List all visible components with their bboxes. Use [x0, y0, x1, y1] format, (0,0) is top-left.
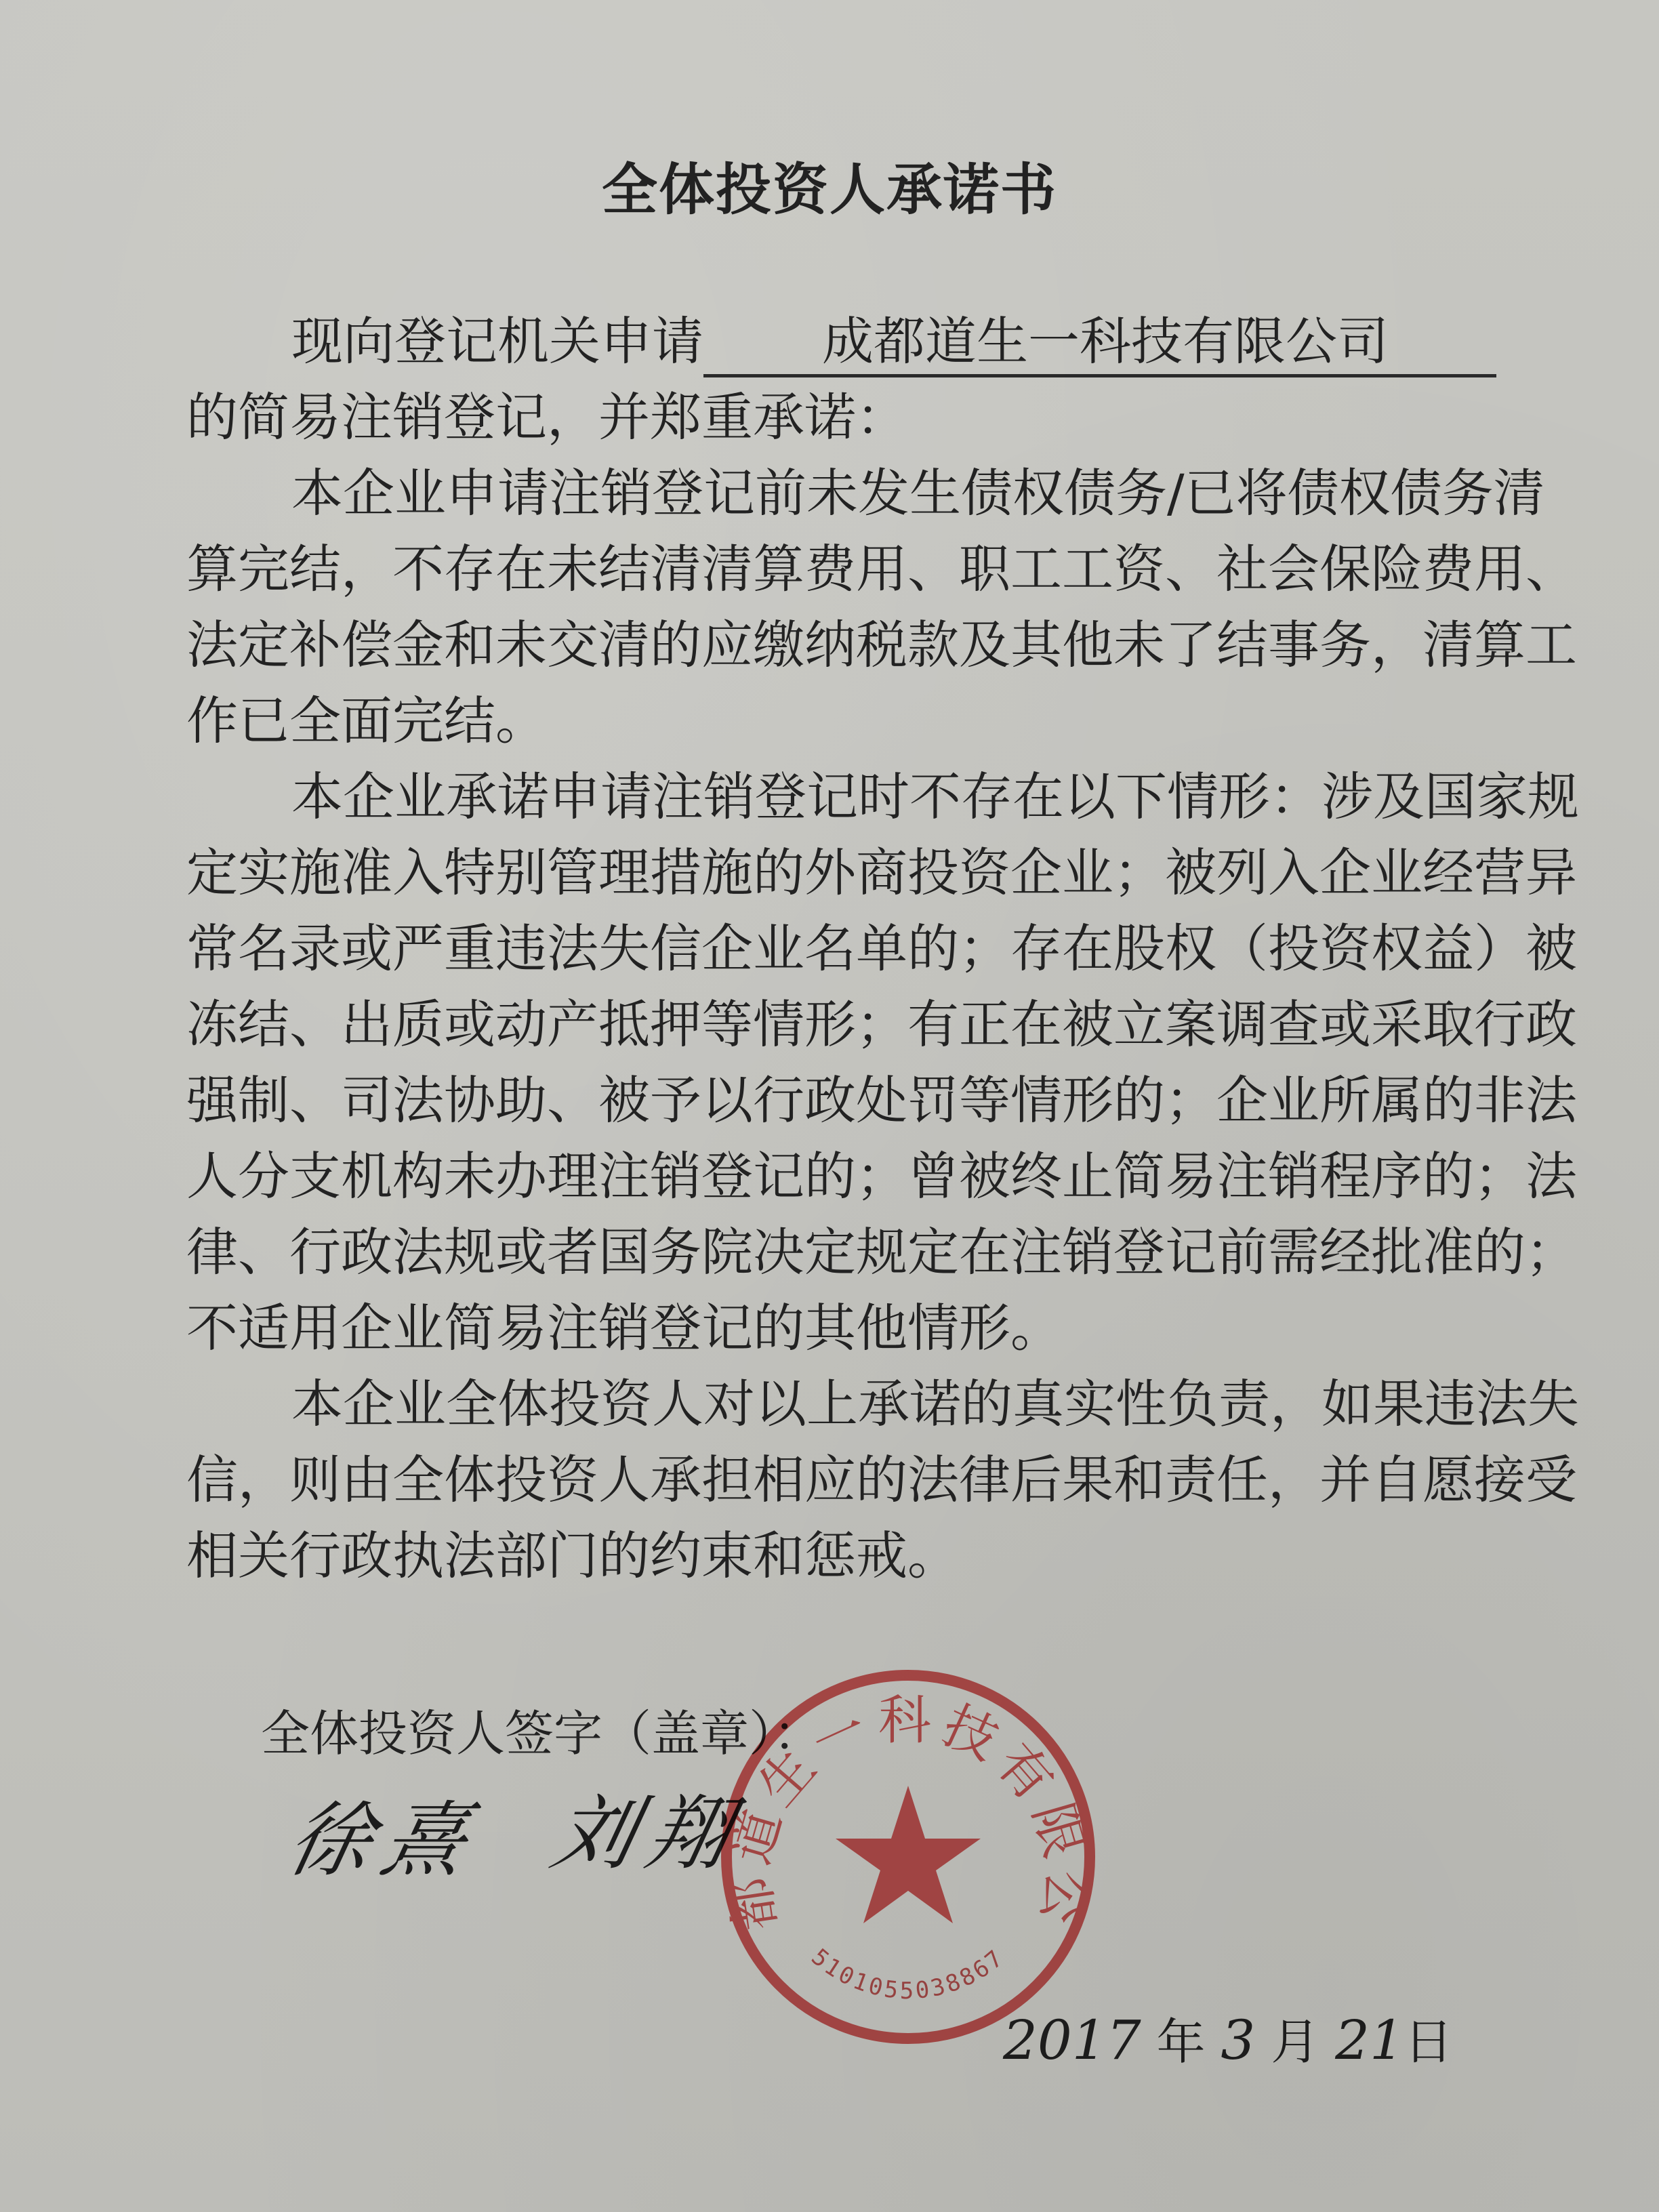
signature-date: 2017 年 3 月 21日 — [1003, 2003, 1453, 2073]
intro-line-2: 的简易注销登记，并郑重承诺： — [186, 380, 1555, 455]
paragraph-exclusions: 本企业承诺申请注销登记时不存在以下情形：涉及国家规 定实施准入特别管理措施的外商… — [186, 759, 1555, 1366]
paragraph-line: 信，则由全体投资人承担相应的法律后果和责任，并自愿接受 — [186, 1442, 1555, 1518]
seal-code-text: 5101055038867 — [806, 1944, 1010, 2005]
handwritten-signature: 徐熹 — [279, 1776, 491, 1892]
paragraph-line: 本企业承诺申请注销登记时不存在以下情形：涉及国家规 — [186, 759, 1555, 835]
date-year-unit: 年 — [1156, 2013, 1205, 2070]
paragraph-line: 作已全面完结。 — [186, 683, 1555, 759]
date-day: 21 — [1335, 2009, 1404, 2072]
date-month: 3 — [1221, 2009, 1255, 2072]
paragraph-line: 本企业全体投资人对以上承诺的真实性负责，如果违法失 — [186, 1366, 1555, 1442]
intro-prefix: 现向登记机关申请 — [291, 311, 703, 371]
paragraph-line: 相关行政执法部门的约束和惩戒。 — [186, 1518, 1555, 1594]
paragraph-responsibility: 本企业全体投资人对以上承诺的真实性负责，如果违法失 信，则由全体投资人承担相应的… — [186, 1366, 1555, 1594]
paragraph-line: 冻结、出质或动产抵押等情形；有正在被立案调查或采取行政 — [186, 987, 1555, 1063]
date-year: 2017 — [1003, 2009, 1141, 2072]
star-icon — [836, 1786, 981, 1923]
document-body: 现向登记机关申请成都道生一科技有限公司 的简易注销登记，并郑重承诺： 本企业申请… — [186, 304, 1555, 1594]
paragraph-line: 算完结，不存在未结清清算费用、职工工资、社会保险费用、 — [186, 531, 1555, 607]
intro-line-1: 现向登记机关申请成都道生一科技有限公司 — [186, 304, 1555, 380]
paragraph-line: 常名录或严重违法失信企业名单的；存在股权（投资权益）被 — [186, 911, 1555, 987]
paragraph-line: 本企业申请注销登记前未发生债权债务/已将债权债务清 — [186, 455, 1555, 531]
paragraph-line: 强制、司法协助、被予以行政处罚等情形的；企业所属的非法 — [186, 1063, 1555, 1139]
date-day-unit: 日 — [1404, 2013, 1453, 2070]
paragraph-line: 法定补偿金和未交清的应缴纳税款及其他未了结事务，清算工 — [186, 607, 1555, 683]
paragraph-debts: 本企业申请注销登记前未发生债权债务/已将债权债务清 算完结，不存在未结清清算费用… — [186, 455, 1555, 759]
paragraph-line: 定实施准入特别管理措施的外商投资企业；被列入企业经营异 — [186, 835, 1555, 911]
paragraph-line: 不适用企业简易注销登记的其他情形。 — [186, 1290, 1555, 1366]
document-title: 全体投资人承诺书 — [0, 146, 1659, 225]
company-seal: 成都道生一科技有限公司 5101055038867 — [715, 1664, 1101, 2050]
paragraph-line: 人分支机构未办理注销登记的；曾被终止简易注销程序的；法 — [186, 1139, 1555, 1214]
paragraph-line: 律、行政法规或者国务院决定规定在注销登记前需经批准的； — [186, 1214, 1555, 1290]
company-name-field: 成都道生一科技有限公司 — [703, 309, 1496, 377]
date-month-unit: 月 — [1271, 2013, 1319, 2070]
